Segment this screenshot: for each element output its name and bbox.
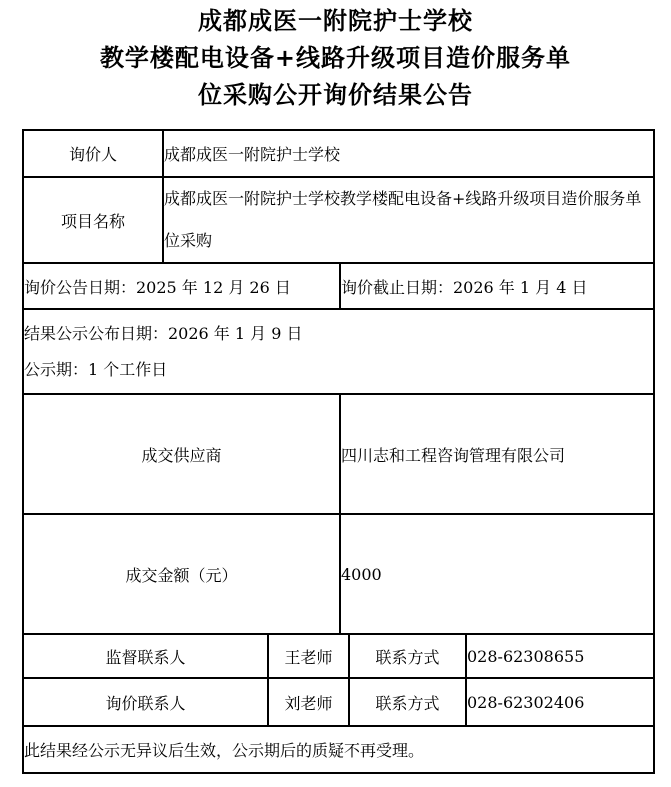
row-supervisor-contact: 监督联系人 王老师 联系方式 028-62308655 bbox=[23, 634, 654, 678]
amount-label: 成交金额（元） bbox=[23, 514, 340, 634]
inquirer-value: 成都成医一附院护士学校 bbox=[163, 130, 654, 177]
supervisor-label: 监督联系人 bbox=[23, 634, 268, 678]
project-value: 成都成医一附院护士学校教学楼配电设备+线路升级项目造价服务单位采购 bbox=[163, 177, 654, 263]
page-title: 成都成医一附院护士学校 教学楼配电设备+线路升级项目造价服务单 位采购公开询价结… bbox=[0, 3, 671, 114]
inquiry-contact-method-label: 联系方式 bbox=[349, 678, 466, 726]
row-publicity: 结果公示公布日期：2026 年 1 月 9 日 公示期：1 个工作日 bbox=[23, 309, 654, 394]
project-label: 项目名称 bbox=[23, 177, 163, 263]
row-amount: 成交金额（元） 4000 bbox=[23, 514, 654, 634]
row-inquiry-contact: 询价联系人 刘老师 联系方式 028-62302406 bbox=[23, 678, 654, 726]
supervisor-contact-label: 联系方式 bbox=[349, 634, 466, 678]
title-line-1: 成都成医一附院护士学校 bbox=[0, 3, 671, 40]
announcement-page: 成都成医一附院护士学校 教学楼配电设备+线路升级项目造价服务单 位采购公开询价结… bbox=[0, 0, 671, 787]
publicity-period: 公示期：1 个工作日 bbox=[24, 352, 653, 388]
publicity-cell: 结果公示公布日期：2026 年 1 月 9 日 公示期：1 个工作日 bbox=[23, 309, 654, 394]
supplier-label: 成交供应商 bbox=[23, 394, 340, 514]
supplier-value: 四川志和工程咨询管理有限公司 bbox=[340, 394, 654, 514]
supervisor-phone: 028-62308655 bbox=[466, 634, 654, 678]
announce-date: 询价公告日期：2025 年 12 月 26 日 bbox=[23, 263, 340, 309]
inquiry-contact-label: 询价联系人 bbox=[23, 678, 268, 726]
inquiry-contact-name: 刘老师 bbox=[268, 678, 349, 726]
supervisor-name: 王老师 bbox=[268, 634, 349, 678]
row-project-name: 项目名称 成都成医一附院护士学校教学楼配电设备+线路升级项目造价服务单位采购 bbox=[23, 177, 654, 263]
inquiry-contact-phone: 028-62302406 bbox=[466, 678, 654, 726]
row-supplier: 成交供应商 四川志和工程咨询管理有限公司 bbox=[23, 394, 654, 514]
result-publish-date: 结果公示公布日期：2026 年 1 月 9 日 bbox=[24, 316, 653, 352]
row-note: 此结果经公示无异议后生效，公示期后的质疑不再受理。 bbox=[23, 726, 654, 773]
row-dates: 询价公告日期：2025 年 12 月 26 日 询价截止日期：2026 年 1 … bbox=[23, 263, 654, 309]
title-line-3: 位采购公开询价结果公告 bbox=[0, 77, 671, 114]
note-text: 此结果经公示无异议后生效，公示期后的质疑不再受理。 bbox=[23, 726, 654, 773]
result-table: 询价人 成都成医一附院护士学校 项目名称 成都成医一附院护士学校教学楼配电设备+… bbox=[22, 129, 655, 774]
row-inquirer: 询价人 成都成医一附院护士学校 bbox=[23, 130, 654, 177]
deadline-date: 询价截止日期：2026 年 1 月 4 日 bbox=[340, 263, 654, 309]
title-line-2: 教学楼配电设备+线路升级项目造价服务单 bbox=[0, 40, 671, 77]
amount-value: 4000 bbox=[340, 514, 654, 634]
inquirer-label: 询价人 bbox=[23, 130, 163, 177]
